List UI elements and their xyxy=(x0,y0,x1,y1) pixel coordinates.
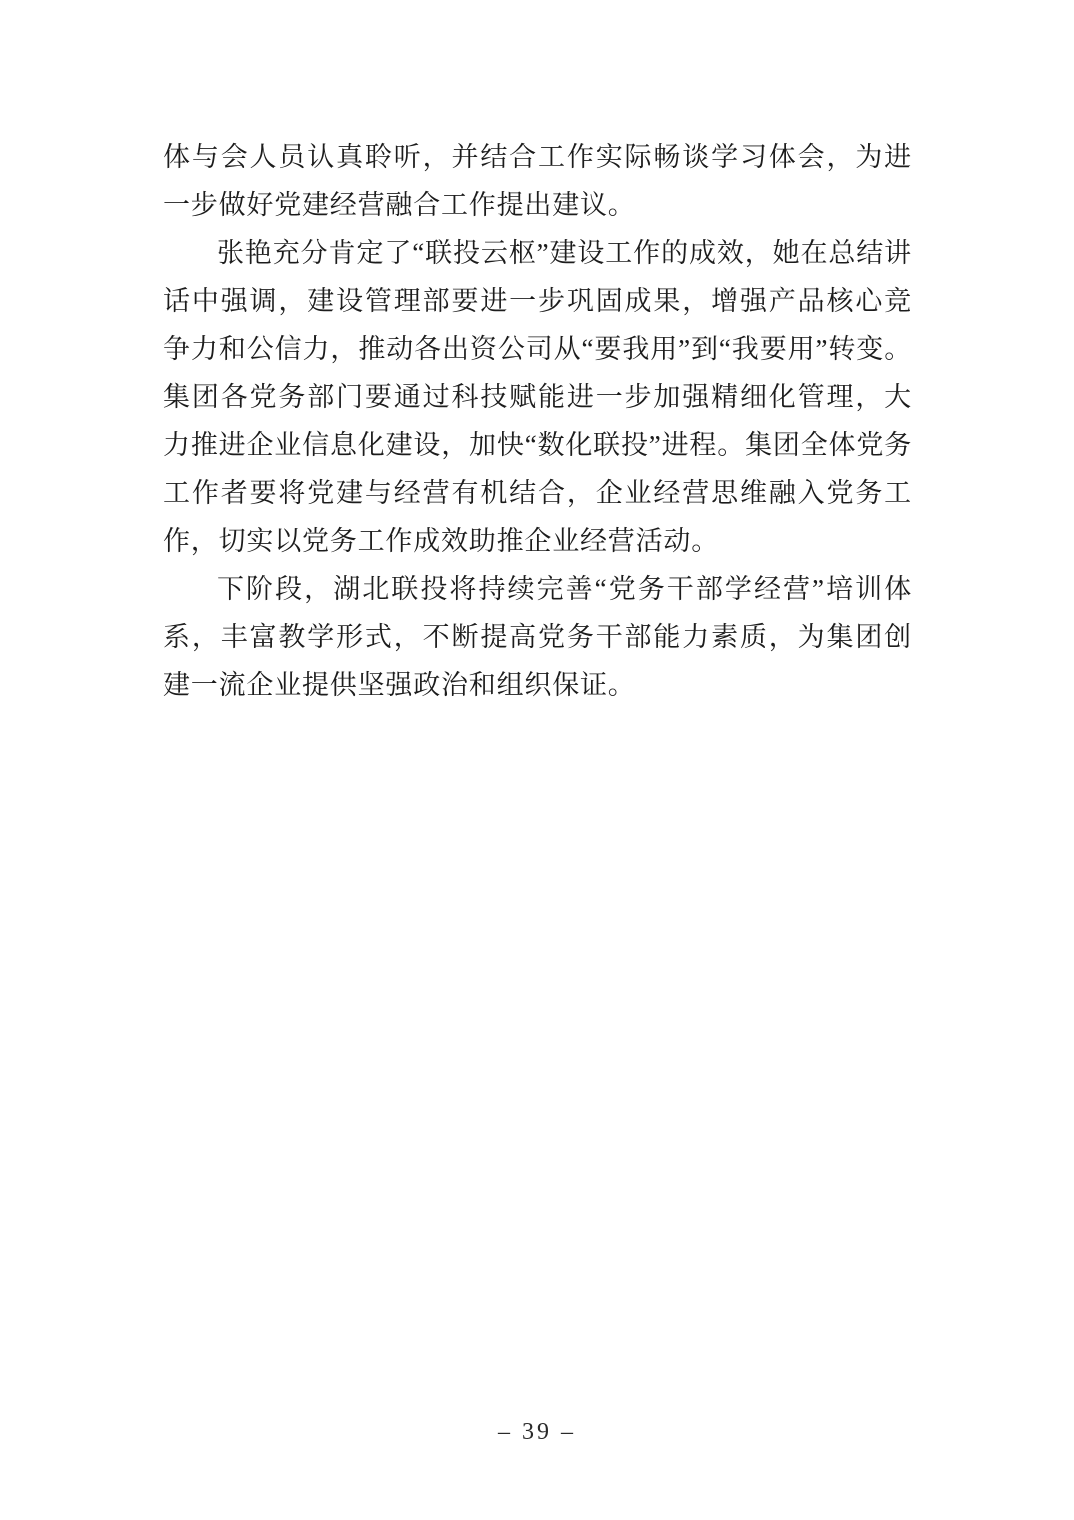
paragraph-next-steps: 下阶段，湖北联投将持续完善“党务干部学经营”培训体系，丰富教学形式，不断提高党务… xyxy=(163,565,912,709)
document-page: 体与会人员认真聆听，并结合工作实际畅谈学习体会，为进一步做好党建经营融合工作提出… xyxy=(0,0,1074,1520)
page-number: – 39 – xyxy=(0,1419,1074,1446)
paragraph-summary-remarks: 张艳充分肯定了“联投云枢”建设工作的成效，她在总结讲话中强调，建设管理部要进一步… xyxy=(163,229,912,565)
paragraph-continuation: 体与会人员认真聆听，并结合工作实际畅谈学习体会，为进一步做好党建经营融合工作提出… xyxy=(163,133,912,229)
document-body: 体与会人员认真聆听，并结合工作实际畅谈学习体会，为进一步做好党建经营融合工作提出… xyxy=(163,133,912,709)
